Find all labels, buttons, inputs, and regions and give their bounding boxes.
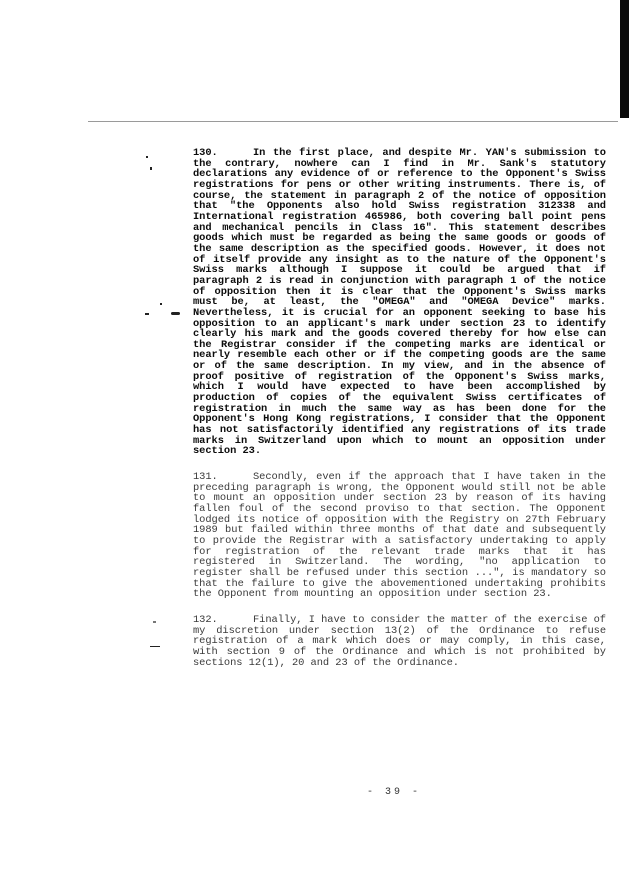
- scan-edge-shadow: [620, 0, 629, 118]
- margin-speck: [150, 167, 152, 170]
- margin-speck: [153, 621, 156, 623]
- header-rule: [88, 121, 618, 122]
- margin-speck: [160, 303, 162, 305]
- margin-dash-mark: [150, 646, 160, 647]
- paragraph-131: 131.Secondly, even if the approach that …: [193, 472, 606, 600]
- document-body: 130.In the first place, and despite Mr. …: [193, 148, 606, 683]
- paragraph-text: Finally, I have to consider the matter o…: [193, 614, 606, 669]
- paragraph-130: 130.In the first place, and despite Mr. …: [193, 148, 606, 457]
- paragraph-text: In the first place, and despite Mr. YAN'…: [193, 147, 606, 457]
- paragraph-132: 132.Finally, I have to consider the matt…: [193, 615, 606, 668]
- paragraph-text: Secondly, even if the approach that I ha…: [193, 471, 606, 600]
- page-number: - 39 -: [367, 787, 421, 798]
- margin-speck: [146, 156, 148, 158]
- margin-speck: [145, 313, 149, 315]
- margin-arrow-mark: [171, 312, 180, 315]
